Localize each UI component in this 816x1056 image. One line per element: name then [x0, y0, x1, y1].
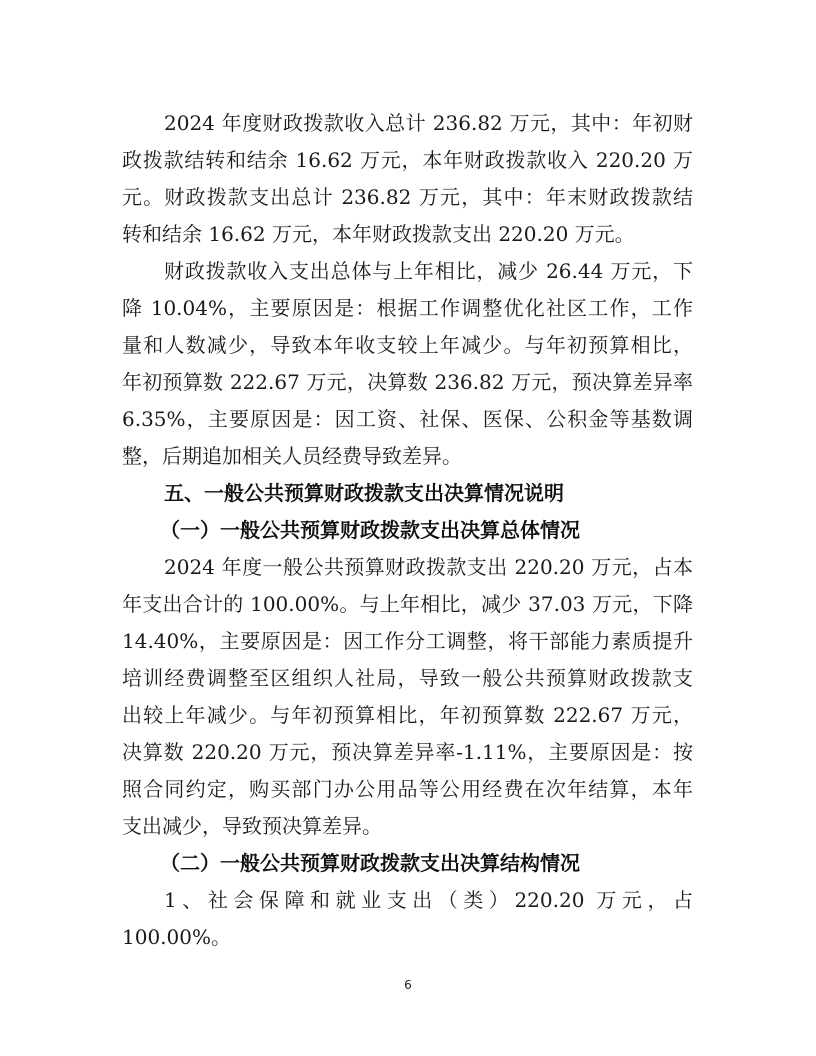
section-heading: 五、一般公共预算财政拨款支出决算情况说明 [164, 478, 564, 508]
paragraph-line: 2024 年度一般公共预算财政拨款支出 220.20 万元，占本 [164, 552, 693, 582]
paragraph-line: 财政拨款收入支出总体与上年相比，减少 26.44 万元，下 [164, 256, 693, 286]
paragraph-line: 6.35%，主要原因是：因工资、社保、医保、公积金等基数调 [122, 404, 693, 434]
paragraph-line: 降 10.04%，主要原因是：根据工作调整优化社区工作，工作 [122, 293, 693, 323]
paragraph-line: 量和人数减少，导致本年收支较上年减少。与年初预算相比， [122, 330, 693, 360]
paragraph-line: 整，后期追加相关人员经费导致差异。 [122, 441, 693, 471]
paragraph-line: 年初预算数 222.67 万元，决算数 236.82 万元，预决算差异率 [122, 367, 693, 397]
paragraph-line: 元。财政拨款支出总计 236.82 万元，其中：年末财政拨款结 [122, 182, 693, 212]
paragraph-line: 100.00%。 [122, 922, 693, 952]
paragraph-line: 14.40%，主要原因是：因工作分工调整，将干部能力素质提升 [122, 626, 693, 656]
page-number: 6 [0, 978, 816, 992]
paragraph-line: 1、社会保障和就业支出（类）220.20 万元，占 [164, 885, 693, 915]
paragraph-line: 转和结余 16.62 万元，本年财政拨款支出 220.20 万元。 [122, 219, 693, 249]
paragraph-line: 政拨款结转和结余 16.62 万元，本年财政拨款收入 220.20 万 [122, 145, 693, 175]
paragraph-line: 支出减少，导致预决算差异。 [122, 811, 693, 841]
paragraph-line: 培训经费调整至区组织人社局，导致一般公共预算财政拨款支 [122, 663, 693, 693]
subsection-heading: （一）一般公共预算财政拨款支出决算总体情况 [160, 515, 580, 545]
subsection-heading: （二）一般公共预算财政拨款支出决算结构情况 [160, 848, 580, 878]
paragraph-line: 决算数 220.20 万元，预决算差异率-1.11%，主要原因是：按 [122, 737, 693, 767]
paragraph-line: 出较上年减少。与年初预算相比，年初预算数 222.67 万元， [122, 700, 693, 730]
paragraph-line: 2024 年度财政拨款收入总计 236.82 万元，其中：年初财 [164, 108, 693, 138]
paragraph-line: 年支出合计的 100.00%。与上年相比，减少 37.03 万元，下降 [122, 589, 693, 619]
document-page: 2024 年度财政拨款收入总计 236.82 万元，其中：年初财 政拨款结转和结… [0, 0, 816, 1056]
paragraph-line: 照合同约定，购买部门办公用品等公用经费在次年结算，本年 [122, 774, 693, 804]
